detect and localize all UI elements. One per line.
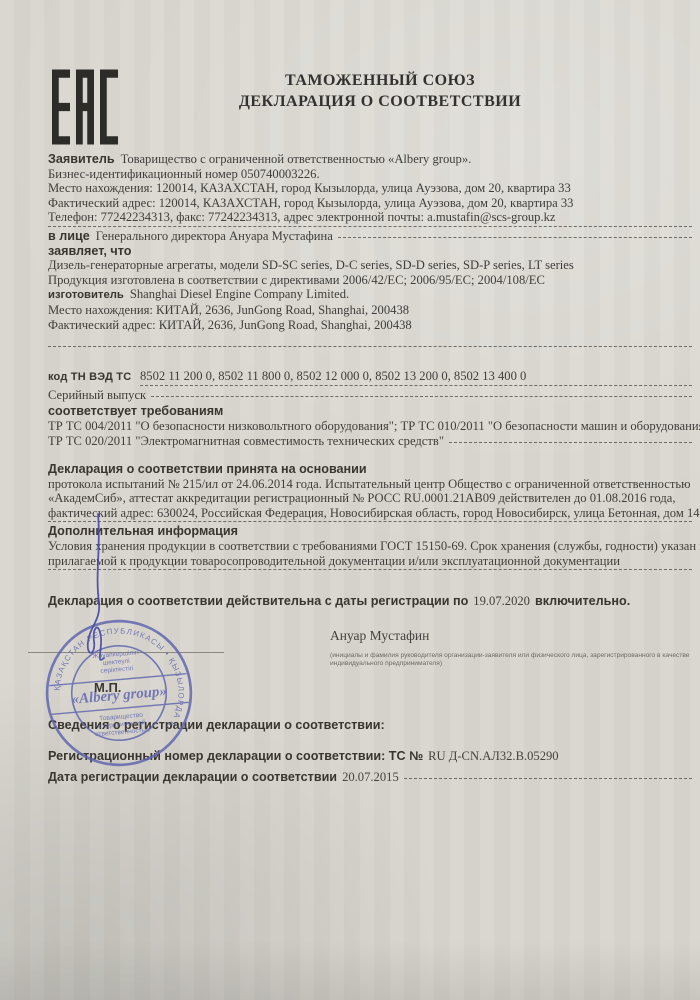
compliance-line2: ТР ТС 020/2011 "Электромагнитная совмест… [48,434,444,449]
represented-by-label: в лице [48,229,90,244]
basis-label: Декларация о соответствии принята на осн… [48,462,692,477]
tnved-codes: 8502 11 200 0, 8502 11 800 0, 8502 12 00… [140,369,692,386]
applicant-line: Заявитель Товарищество с ограниченной от… [48,152,692,167]
handwritten-signature [60,500,140,680]
compliance-line1: ТР ТС 004/2011 "О безопасности низковоль… [48,419,692,434]
signatory-name: Ануар Мустафин [330,628,429,644]
additional-label: Дополнительная информация [48,524,692,539]
basis-line1: протокола испытаний № 215/ил от 24.06.20… [48,477,692,492]
applicant-phone: Телефон: 77242234313, факс: 77242234313,… [48,210,692,227]
represented-by-value: Генерального директора Ануара Мустафина [96,229,333,244]
applicant-bin: Бизнес-идентификационный номер 050740003… [48,167,692,182]
validity-line: Декларация о соответствии действительна … [48,594,692,609]
represented-by-line: в лице Генерального директора Ануара Мус… [48,229,692,244]
product-description: Дизель-генераторные агрегаты, модели SD-… [48,258,692,273]
registration-date-line: Дата регистрации декларации о соответств… [48,770,692,785]
tnved-line: код ТН ВЭД ТС 8502 11 200 0, 8502 11 800… [48,369,692,386]
applicant-actual-address: Фактический адрес: 120014, КАЗАХСТАН, го… [48,196,692,211]
manufacturer-line: изготовитель Shanghai Diesel Engine Comp… [48,287,692,303]
registration-date-value: 20.07.2015 [342,770,399,785]
tnved-label: код ТН ВЭД ТС [48,370,140,385]
product-directives: Продукция изготовлена в соответствии с д… [48,273,692,288]
signatory-note: (инициалы и фамилия руководителя организ… [330,652,698,668]
manufacturer-name: Shanghai Diesel Engine Company Limited. [130,287,349,302]
blank-dashes [151,396,692,397]
title-line-1: ТАМОЖЕННЫЙ СОЮЗ [140,70,620,91]
declares-label: заявляет, что [48,244,692,259]
dashed-separator [48,346,692,347]
applicant-name: Товарищество с ограниченной ответственно… [121,152,472,167]
blank-dashes [449,442,692,443]
blank-dashes [338,237,692,238]
eac-logo-icon [52,68,118,146]
applicant-location: Место нахождения: 120014, КАЗАХСТАН, гор… [48,181,692,196]
applicant-label: Заявитель [48,152,115,167]
compliance-label: соответствует требованиям [48,404,692,419]
manufacturer-label: изготовитель [48,288,124,303]
validity-suffix: включительно. [535,594,630,609]
document-title: ТАМОЖЕННЫЙ СОЮЗ ДЕКЛАРАЦИЯ О СООТВЕТСТВИ… [140,70,620,112]
registration-number-value: RU Д-CN.АЛ32.В.05290 [428,749,558,764]
title-line-2: ДЕКЛАРАЦИЯ О СООТВЕТСТВИИ [140,91,620,112]
basis-line2: «АкадемСиб», аттестат аккредитации регис… [48,491,692,506]
blank-dashes [404,778,692,779]
page-shadow [0,940,700,1000]
validity-date: 19.07.2020 [473,594,530,609]
seal-placeholder-label: М.П. [94,680,121,695]
manufacturer-location: Место нахождения: КИТАЙ, 2636, JunGong R… [48,303,692,318]
additional-line1: Условия хранения продукции в соответстви… [48,539,692,554]
basis-line3: фактический адрес: 630024, Российская Фе… [48,506,692,523]
document-body: Заявитель Товарищество с ограниченной от… [48,152,692,609]
serial-release: Серийный выпуск [48,388,146,403]
serial-line: Серийный выпуск [48,388,692,403]
compliance-line2-row: ТР ТС 020/2011 "Электромагнитная совмест… [48,434,692,449]
manufacturer-address: Фактический адрес: КИТАЙ, 2636, JunGong … [48,318,692,333]
additional-line2: прилагаемой к продукции товаросопроводит… [48,554,692,571]
